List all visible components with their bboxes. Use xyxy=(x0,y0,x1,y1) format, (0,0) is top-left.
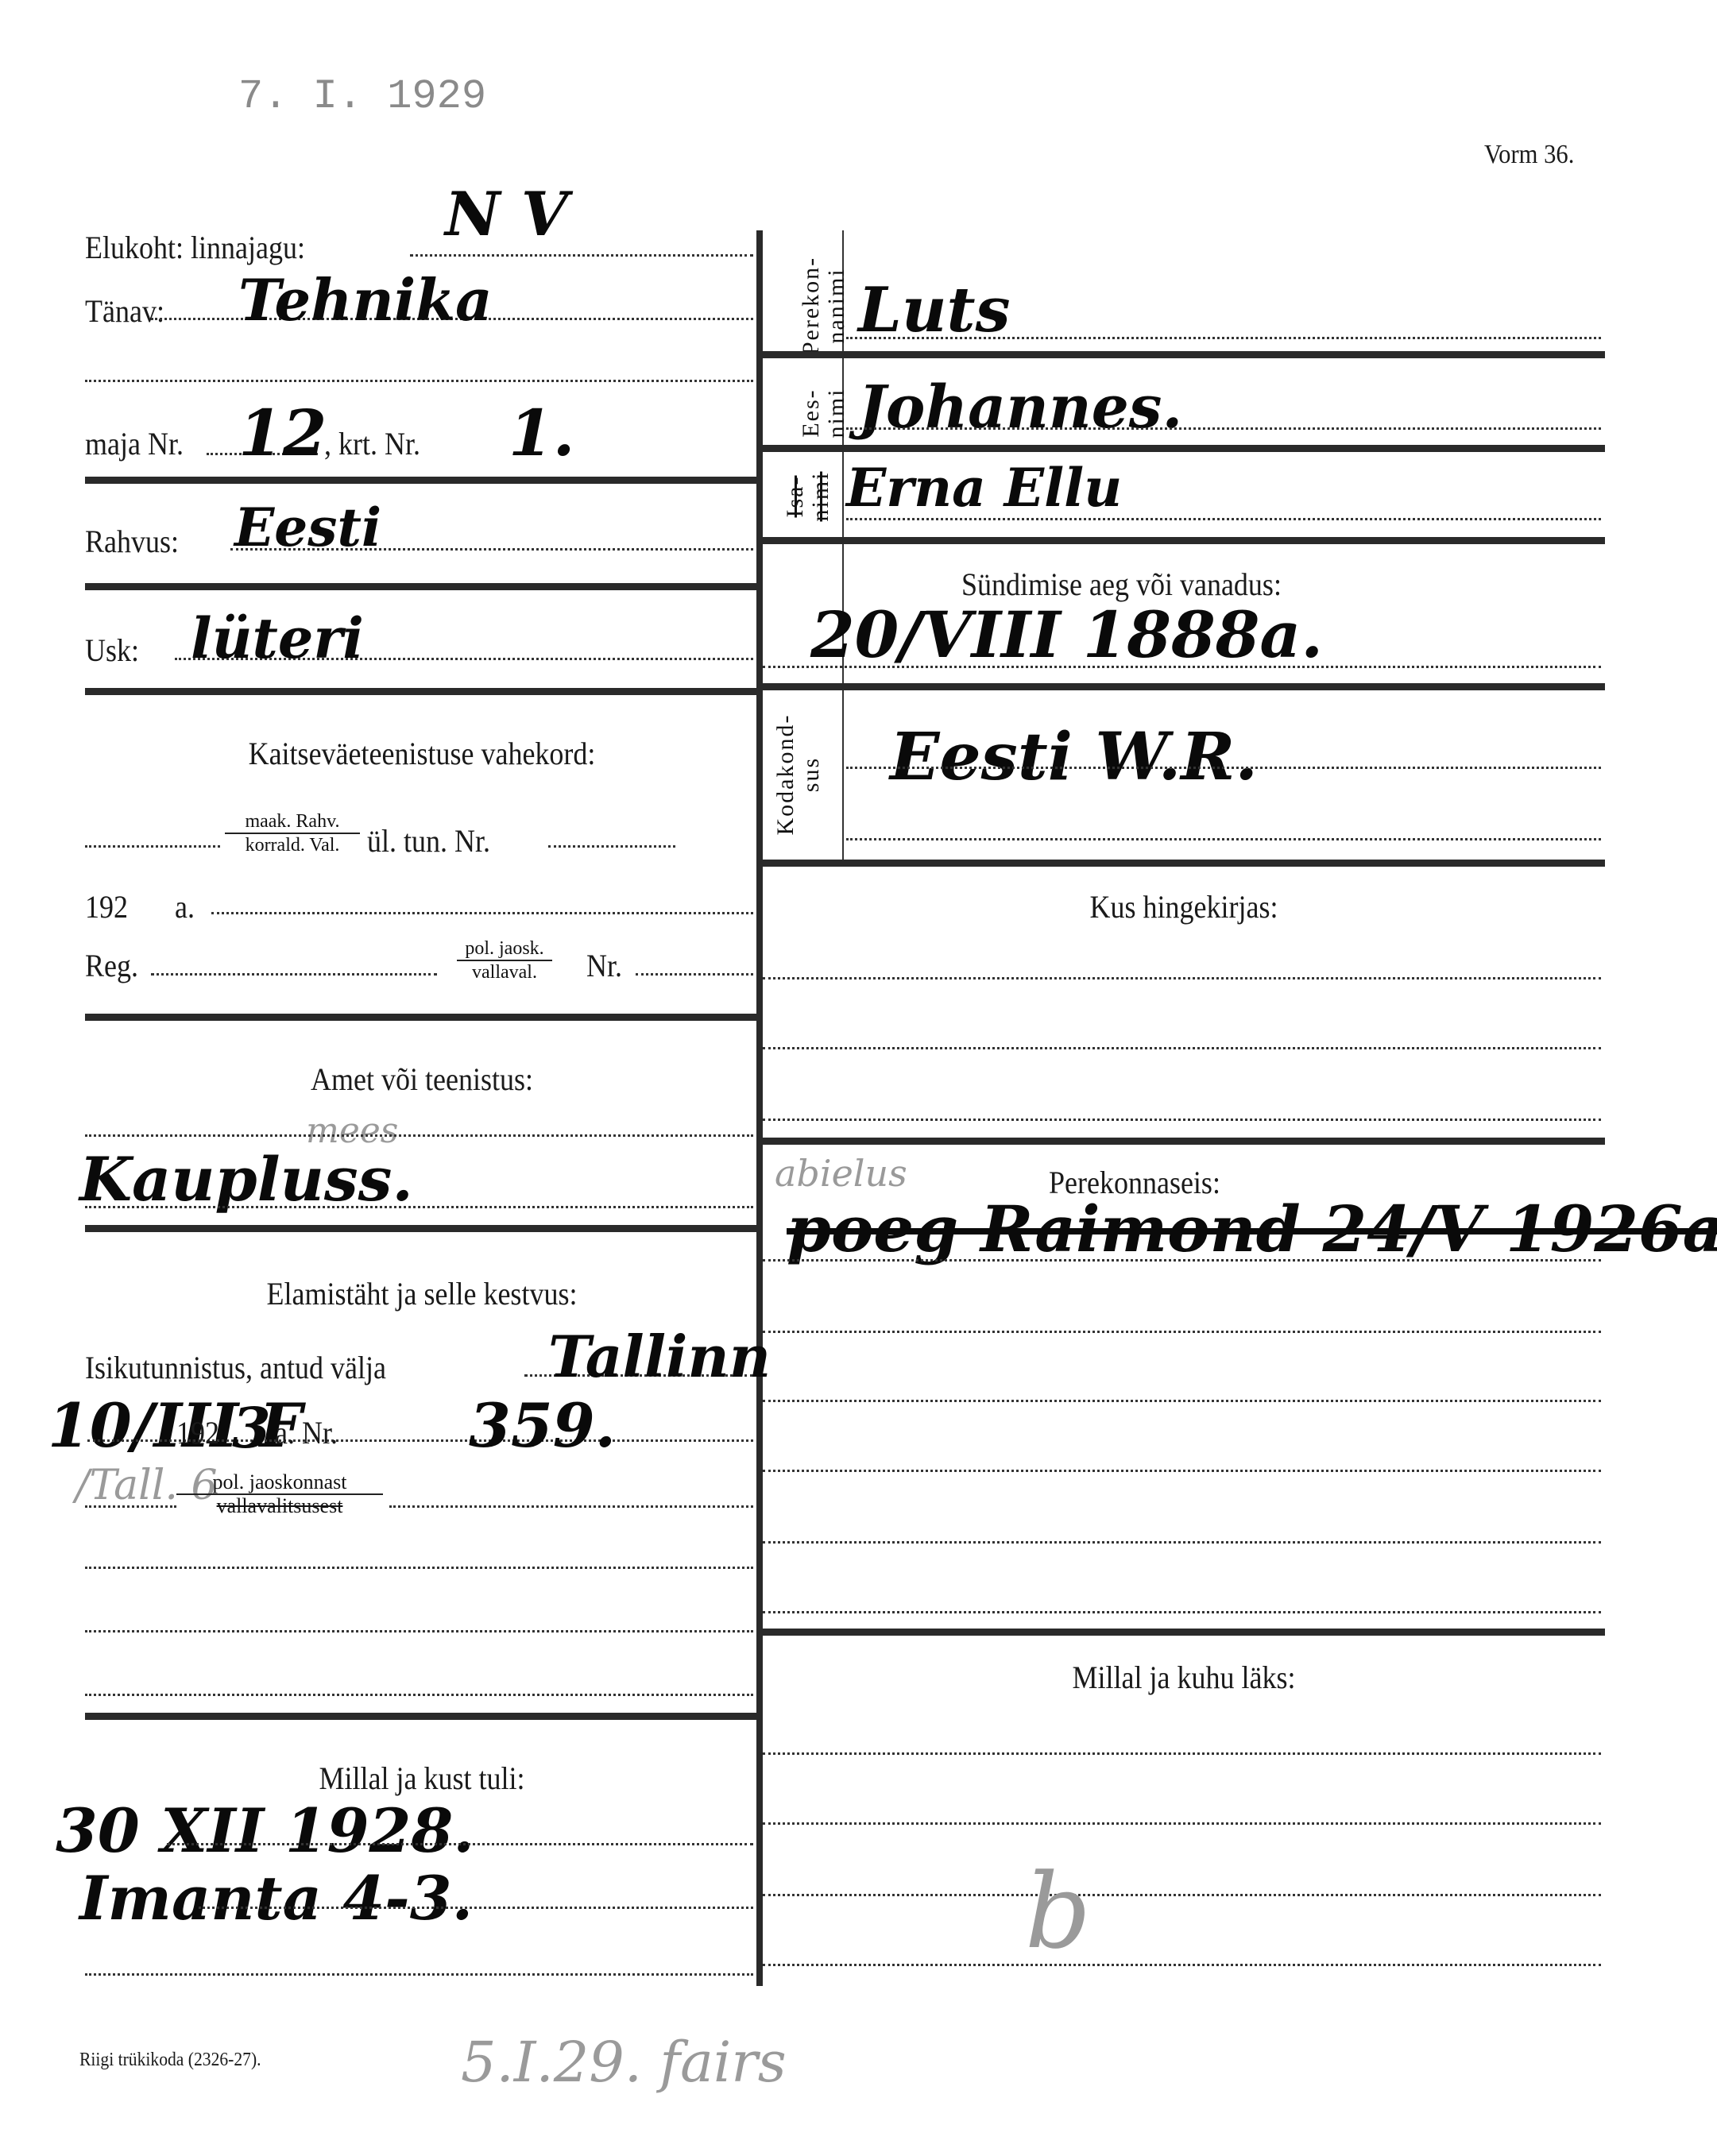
perekonnaseis-line-3 xyxy=(763,1400,1601,1402)
kodakondsus-line-1 xyxy=(846,767,1601,769)
section-rule xyxy=(759,537,1605,544)
section-rule xyxy=(759,683,1605,690)
arrival-date-value[interactable]: 30 XII 1928. xyxy=(56,1795,474,1866)
reg-line xyxy=(151,973,437,976)
hingekirjas-line-1 xyxy=(763,977,1601,979)
issuer-line-b xyxy=(389,1505,753,1508)
issuer-line-a xyxy=(85,1505,176,1508)
millal-kuhu-line-1 xyxy=(763,1752,1601,1755)
usk-label: Usk: xyxy=(85,632,139,669)
maja-label: maja Nr. xyxy=(85,425,184,462)
millal-kuhu-line-4 xyxy=(763,1964,1601,1966)
amet-line-1 xyxy=(85,1134,753,1137)
form-number: Vorm 36. xyxy=(1484,140,1574,170)
hingekirjas-line-3 xyxy=(763,1119,1601,1121)
received-date-stamp: 7. I. 1929 xyxy=(238,73,486,120)
nr-line xyxy=(636,973,753,976)
section-rule xyxy=(759,1138,1605,1145)
perekonnaseis-pencil-note: abielus xyxy=(775,1152,907,1195)
amet-line-2 xyxy=(85,1206,753,1208)
amet-value[interactable]: Kaupluss. xyxy=(79,1144,413,1215)
perekonnaseis-line-1 xyxy=(763,1259,1601,1262)
kaitsevae-fraction-2: pol. jaosk. vallaval. xyxy=(457,937,552,983)
isikutunnistus-label: Isikutunnistus, antud välja xyxy=(85,1349,386,1386)
kodakondsus-divider xyxy=(842,691,844,858)
hingekirjas-heading: Kus hingekirjas: xyxy=(805,888,1563,925)
fraction-top: maak. Rahv. xyxy=(225,810,360,834)
issuer-top: pol. jaoskonnast xyxy=(176,1471,383,1495)
name-box-border xyxy=(756,230,763,866)
section-rule xyxy=(759,1629,1605,1636)
kodakondsus-label: Kodakond- sus xyxy=(773,695,829,854)
perekonnaseis-line-2 xyxy=(763,1331,1601,1333)
elukoht-label: Elukoht: linnajagu: xyxy=(85,229,305,266)
section-rule xyxy=(759,445,1605,452)
section-rule xyxy=(85,1225,759,1232)
perekonnaseis-value[interactable]: poeg Raimond 24/V 1926a xyxy=(787,1192,1717,1266)
isanimi-label: Isa- nimi xyxy=(783,449,838,544)
ul-tun-label: ül. tun. Nr. xyxy=(367,822,490,860)
isikutunnistus-value[interactable]: Tallinn xyxy=(548,1323,771,1390)
isanimi-value[interactable]: Erna Ellu xyxy=(846,457,1122,519)
section-rule xyxy=(85,1014,759,1021)
millal-kust-heading: Millal ja kust tuli: xyxy=(118,1760,725,1797)
isanimi-line xyxy=(846,518,1601,520)
eesnimi-value[interactable]: Johannes. xyxy=(858,373,1182,442)
rahvus-label: Rahvus: xyxy=(85,523,179,560)
kaitsevae-line-1 xyxy=(85,845,220,848)
usk-value[interactable]: lüteri xyxy=(191,605,364,671)
sundimine-value[interactable]: 20/VIII 1888a. xyxy=(810,597,1323,672)
eesnimi-line xyxy=(846,427,1601,430)
krt-label: , krt. Nr. xyxy=(324,425,420,462)
issue-nr-value[interactable]: 359. xyxy=(469,1390,616,1461)
tanav-label: Tänav: xyxy=(85,292,164,330)
ul-tun-line xyxy=(548,845,675,848)
section-rule xyxy=(85,1713,759,1720)
section-rule xyxy=(85,688,759,695)
sundimine-line xyxy=(763,666,1601,668)
kaitsevae-heading: Kaitseväeteenistuse vahekord: xyxy=(118,735,725,772)
section-rule xyxy=(759,351,1605,358)
arrival-line-1 xyxy=(167,1843,753,1845)
bottom-pencil-note: 5.I.29. fairs xyxy=(461,2030,787,2095)
elamistaht-line-5 xyxy=(85,1694,753,1696)
millal-kuhu-line-2 xyxy=(763,1822,1601,1825)
issuer-fraction: pol. jaoskonnast vallavalitsusest xyxy=(176,1471,383,1517)
printer-imprint: Riigi trükikoda (2326-27). xyxy=(79,2050,261,2071)
issue-year-prefix: 192 xyxy=(176,1414,219,1451)
address-extra-line xyxy=(85,380,753,382)
elukoht-line xyxy=(410,254,753,257)
nr-label: Nr. xyxy=(586,947,622,984)
arrival-place-value[interactable]: Imanta 4-3. xyxy=(79,1863,473,1934)
amet-heading: Amet või teenistus: xyxy=(118,1061,725,1098)
elukoht-value[interactable]: N V xyxy=(445,179,568,249)
krt-value[interactable]: 1. xyxy=(509,396,575,470)
year-suffix: a. xyxy=(175,888,195,925)
perekonnaseis-line-4 xyxy=(763,1470,1601,1472)
perekonnaseis-line-5 xyxy=(763,1541,1601,1544)
year-line xyxy=(211,912,753,914)
elamistaht-line-4 xyxy=(85,1630,753,1632)
section-rule xyxy=(759,860,1605,867)
section-rule xyxy=(85,477,759,484)
elamistaht-heading: Elamistäht ja selle kestvus: xyxy=(118,1275,725,1312)
kodakondsus-value[interactable]: Eesti W.R. xyxy=(890,719,1258,795)
millal-kuhu-line-3 xyxy=(763,1894,1601,1896)
millal-kuhu-pencil-mark: b xyxy=(1025,1851,1091,1972)
rahvus-value[interactable]: Eesti xyxy=(234,496,381,558)
issue-year-digit[interactable]: 3 xyxy=(232,1395,271,1461)
kaitsevae-fraction-1: maak. Rahv. korrald. Val. xyxy=(225,810,360,856)
elamistaht-line-3 xyxy=(85,1567,753,1569)
year-label: 192 xyxy=(85,888,128,925)
maja-value[interactable]: 12 xyxy=(238,396,327,470)
tanav-value[interactable]: Tehnika xyxy=(238,266,493,334)
fraction-top: pol. jaosk. xyxy=(457,937,552,961)
kodakondsus-line-2 xyxy=(846,838,1601,840)
perekonnanimi-line xyxy=(846,337,1601,339)
reg-label: Reg. xyxy=(85,947,138,984)
issue-nr-label: a. Nr. xyxy=(275,1414,338,1451)
millal-kuhu-heading: Millal ja kuhu läks: xyxy=(805,1659,1563,1696)
section-rule xyxy=(85,583,759,590)
perekonnaseis-line-6 xyxy=(763,1611,1601,1613)
issuer-bottom: vallavalitsusest xyxy=(176,1495,383,1517)
perekonnanimi-value[interactable]: Luts xyxy=(858,274,1011,346)
arrival-line-2 xyxy=(199,1907,753,1909)
fraction-bottom: korrald. Val. xyxy=(225,834,360,856)
arrival-line-3 xyxy=(85,1973,753,1976)
hingekirjas-line-2 xyxy=(763,1047,1601,1049)
fraction-bottom: vallaval. xyxy=(457,961,552,983)
